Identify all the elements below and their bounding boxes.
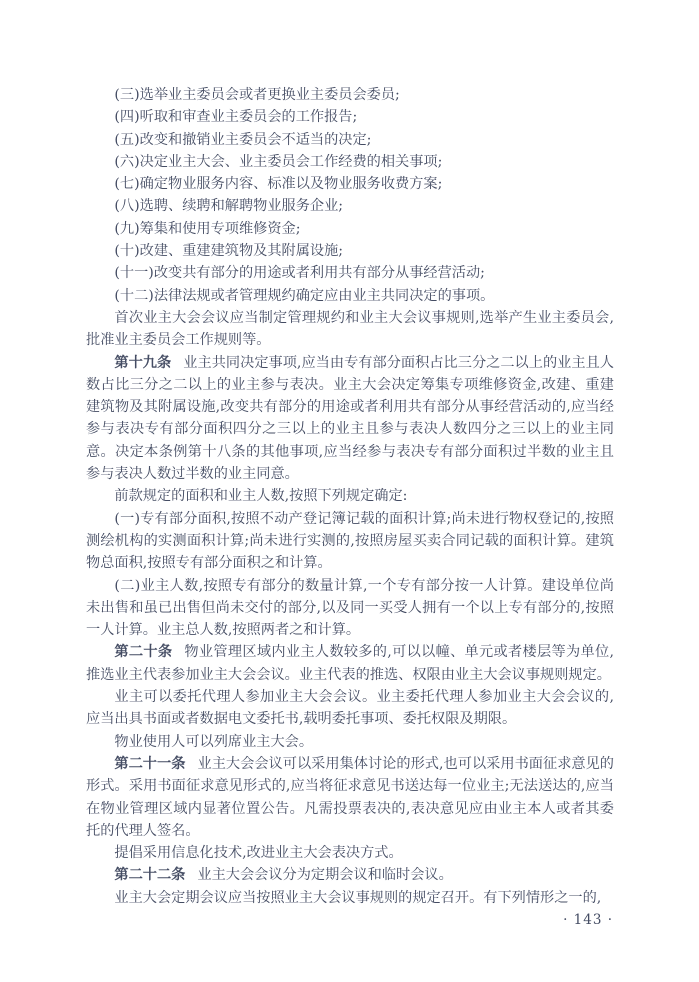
paragraph: 首次业主大会会议应当制定管理规约和业主大会议事规则,选举产生业主委员会,批准业主…	[86, 307, 614, 352]
list-item: (十)改建、重建建筑物及其附属设施;	[86, 240, 614, 262]
list-item: (七)确定物业服务内容、标准以及物业服务收费方案;	[86, 173, 614, 195]
list-item: (二)业主人数,按照专有部分的数量计算,一个专有部分按一人计算。建设单位尚未出售…	[86, 575, 614, 642]
paragraph-text: 首次业主大会会议应当制定管理规约和业主大会议事规则,选举产生业主委员会,批准业主…	[86, 310, 614, 348]
paragraph-text: 业主大会会议分为定期会议和临时会议。	[197, 867, 452, 883]
paragraph-article-22: 第二十二条业主大会会议分为定期会议和临时会议。	[86, 864, 614, 886]
paragraph: 业主大会定期会议应当按照业主大会议事规则的规定召开。有下列情形之一的,	[86, 887, 614, 909]
paragraph-text: (十二)法律法规或者管理规约确定应由业主共同决定的事项。	[114, 288, 494, 304]
article-number: 第二十一条	[114, 756, 185, 772]
paragraph-text: 前款规定的面积和业主人数,按照下列规定确定:	[114, 488, 407, 504]
list-item: (十一)改变共有部分的用途或者利用共有部分从事经营活动;	[86, 262, 614, 284]
paragraph-article-20: 第二十条物业管理区域内业主人数较多的,可以以幢、单元或者楼层等为单位,推选业主代…	[86, 641, 614, 686]
paragraph-article-19: 第十九条业主共同决定事项,应当由专有部分面积占比三分之二以上的业主且人数占比三分…	[86, 352, 614, 486]
paragraph-text: (九)筹集和使用专项维修资金;	[114, 221, 300, 237]
list-item: (八)选聘、续聘和解聘物业服务企业;	[86, 195, 614, 217]
paragraph: 物业使用人可以列席业主大会。	[86, 731, 614, 753]
paragraph-text: (一)专有部分面积,按照不动产登记簿记载的面积计算;尚未进行物权登记的,按照测绘…	[86, 511, 614, 572]
page-number: · 143 ·	[563, 912, 613, 928]
paragraph-text: (七)确定物业服务内容、标准以及物业服务收费方案;	[114, 176, 442, 192]
list-item: (十二)法律法规或者管理规约确定应由业主共同决定的事项。	[86, 285, 614, 307]
paragraph-text: 业主共同决定事项,应当由专有部分面积占比三分之二以上的业主且人数占比三分之二以上…	[86, 355, 614, 482]
paragraph-text: 物业使用人可以列席业主大会。	[114, 734, 313, 750]
list-item: (五)改变和撤销业主委员会不适当的决定;	[86, 129, 614, 151]
paragraph-text: (六)决定业主大会、业主委员会工作经费的相关事项;	[114, 154, 442, 170]
list-item: (六)决定业主大会、业主委员会工作经费的相关事项;	[86, 151, 614, 173]
paragraph-text: (四)听取和审查业主委员会的工作报告;	[114, 109, 357, 125]
paragraph: 提倡采用信息化技术,改进业主大会表决方式。	[86, 842, 614, 864]
list-item: (三)选举业主委员会或者更换业主委员会委员;	[86, 84, 614, 106]
list-item: (四)听取和审查业主委员会的工作报告;	[86, 106, 614, 128]
list-item: (九)筹集和使用专项维修资金;	[86, 218, 614, 240]
paragraph-text: (五)改变和撤销业主委员会不适当的决定;	[114, 132, 371, 148]
list-item: (一)专有部分面积,按照不动产登记簿记载的面积计算;尚未进行物权登记的,按照测绘…	[86, 508, 614, 575]
paragraph-text: (二)业主人数,按照专有部分的数量计算,一个专有部分按一人计算。建设单位尚未出售…	[86, 578, 614, 639]
article-number: 第二十条	[114, 644, 172, 660]
paragraph-text: 业主可以委托代理人参加业主大会会议。业主委托代理人参加业主大会会议的,应当出具书…	[86, 689, 614, 727]
article-number: 第十九条	[114, 355, 171, 371]
paragraph-text: (三)选举业主委员会或者更换业主委员会委员;	[114, 87, 399, 103]
paragraph-text: (十一)改变共有部分的用途或者利用共有部分从事经营活动;	[114, 265, 485, 281]
paragraph: 业主可以委托代理人参加业主大会会议。业主委托代理人参加业主大会会议的,应当出具书…	[86, 686, 614, 731]
paragraph-article-21: 第二十一条业主大会会议可以采用集体讨论的形式,也可以采用书面征求意见的形式。采用…	[86, 753, 614, 842]
paragraph-text: (十)改建、重建建筑物及其附属设施;	[114, 243, 343, 259]
document-page: (三)选举业主委员会或者更换业主委员会委员; (四)听取和审查业主委员会的工作报…	[0, 0, 699, 982]
article-number: 第二十二条	[114, 867, 185, 883]
paragraph: 前款规定的面积和业主人数,按照下列规定确定:	[86, 485, 614, 507]
paragraph-text: (八)选聘、续聘和解聘物业服务企业;	[114, 198, 343, 214]
document-body: (三)选举业主委员会或者更换业主委员会委员; (四)听取和审查业主委员会的工作报…	[86, 84, 614, 909]
paragraph-text: 业主大会定期会议应当按照业主大会议事规则的规定召开。有下列情形之一的,	[114, 890, 601, 906]
paragraph-text: 提倡采用信息化技术,改进业主大会表决方式。	[114, 845, 402, 861]
